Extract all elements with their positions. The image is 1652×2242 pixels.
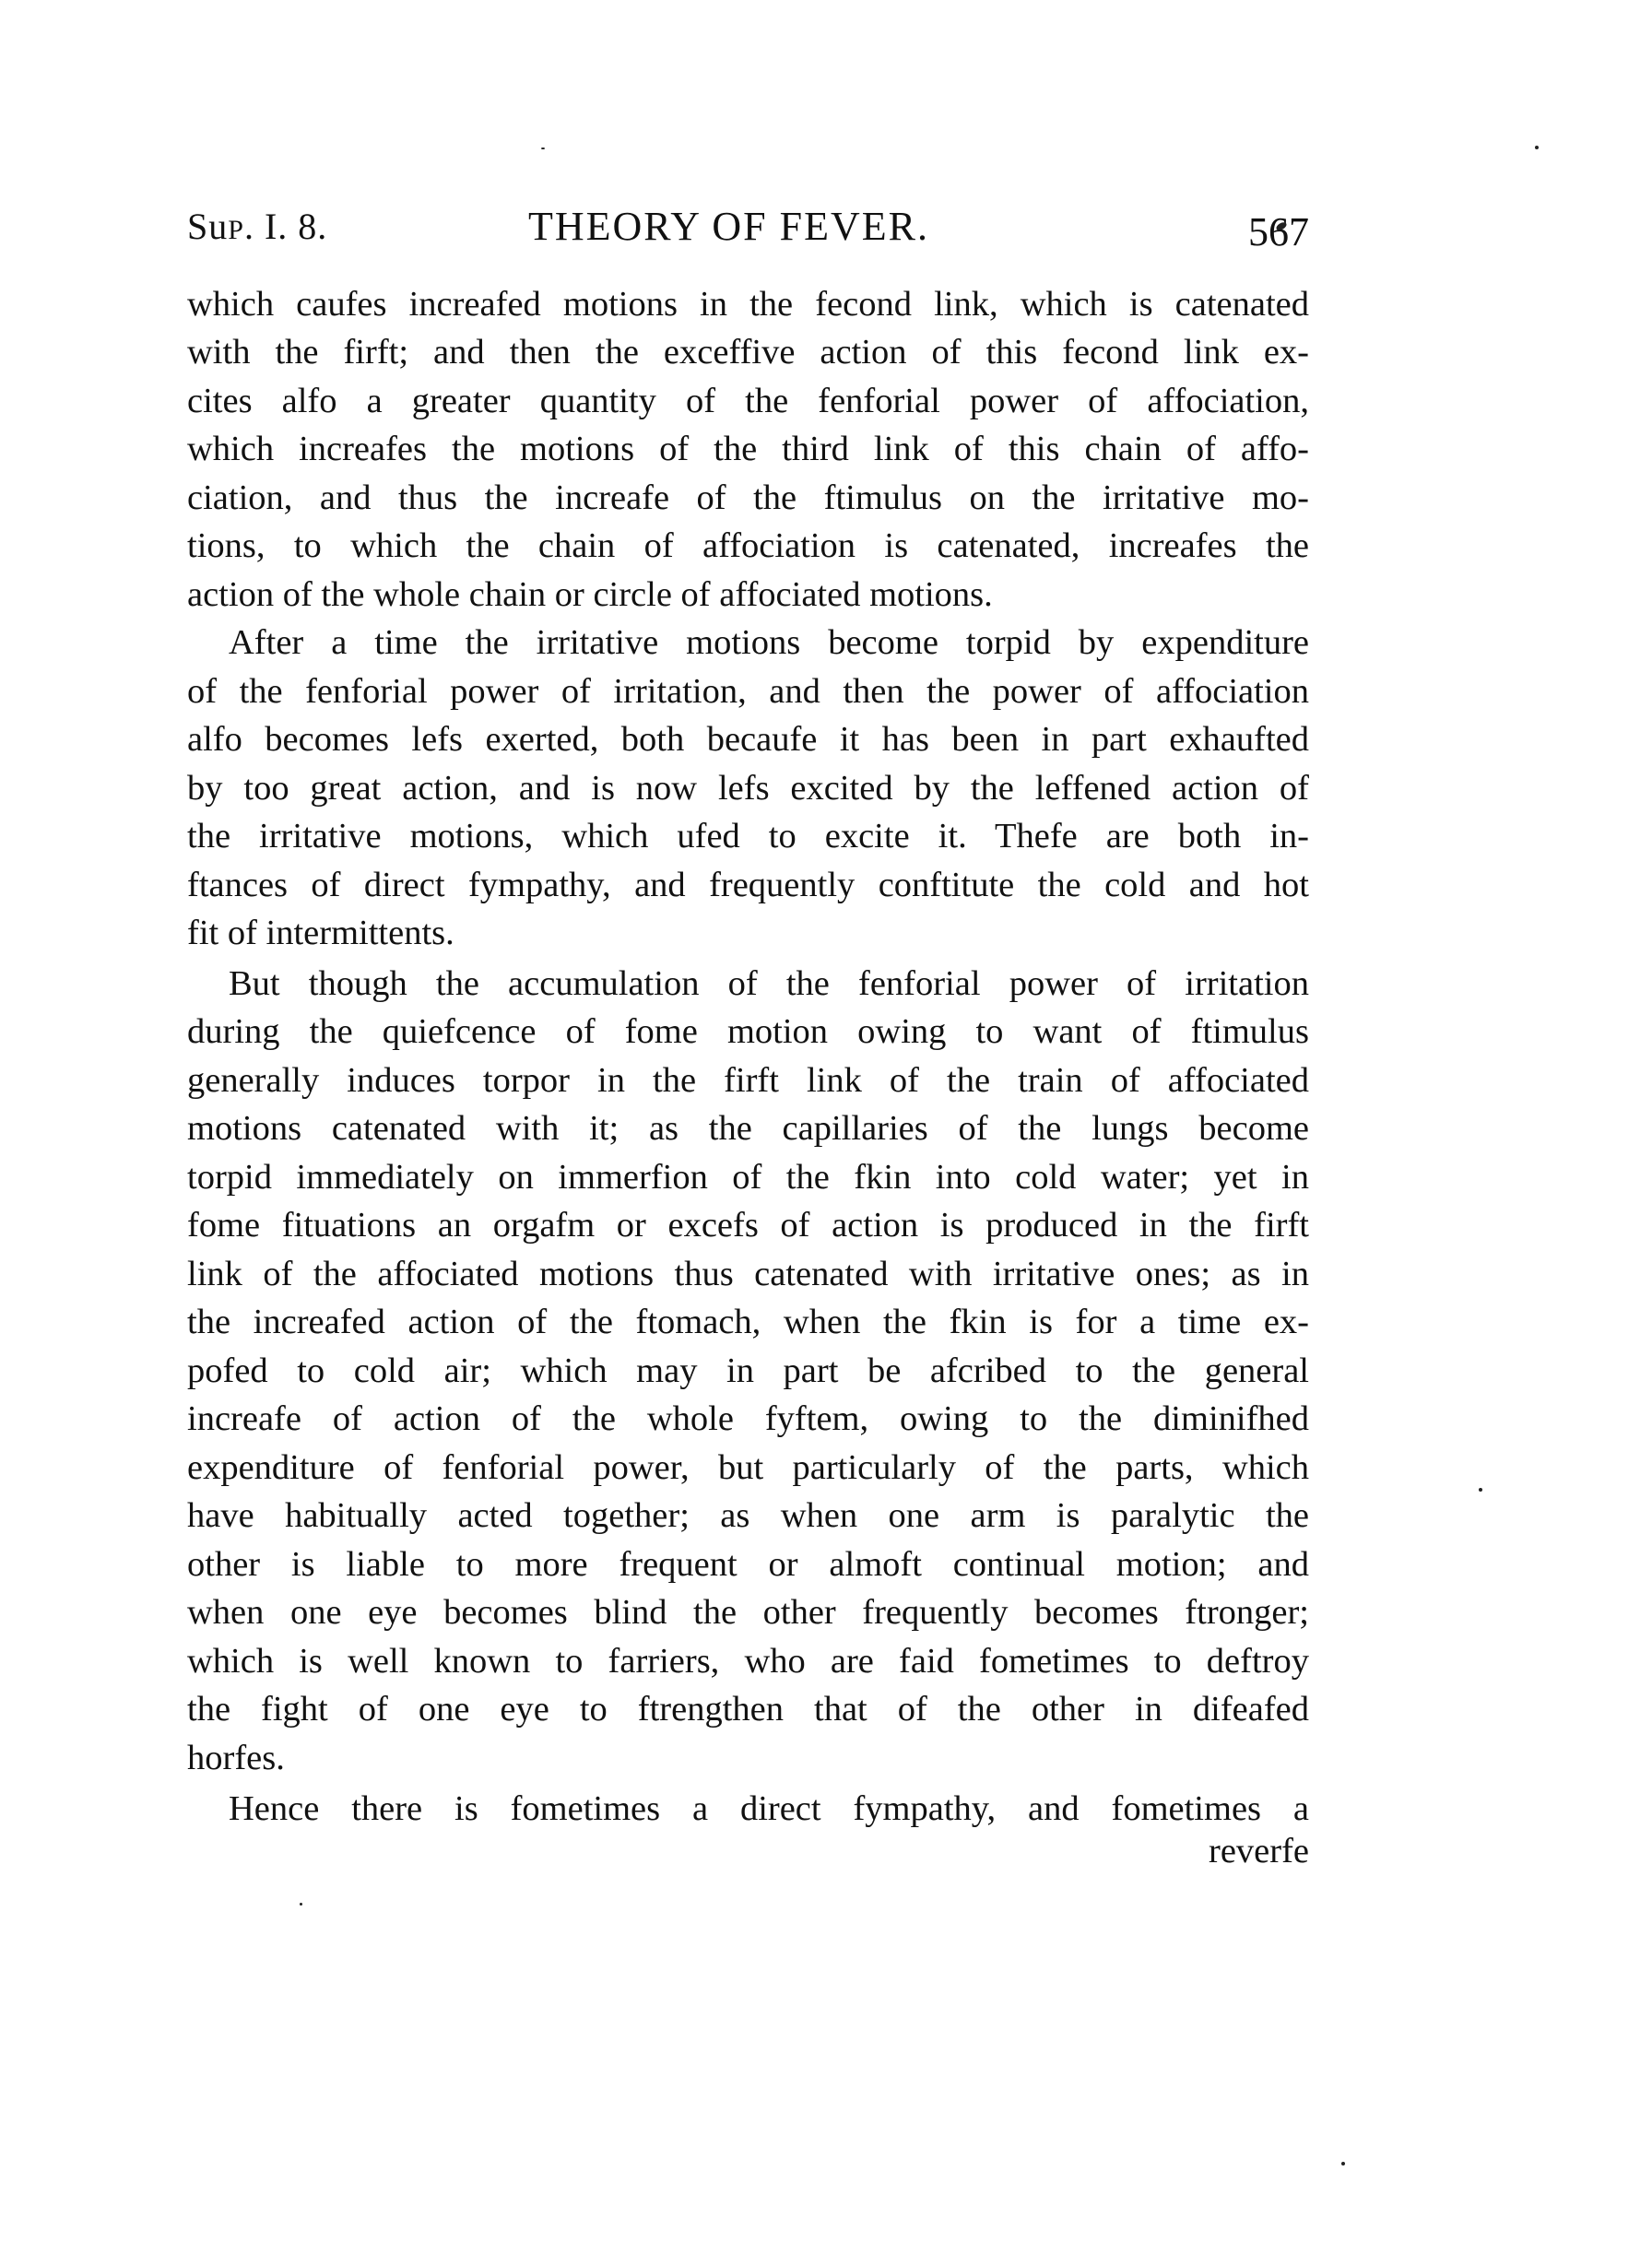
text-line: with the firft; and then the exceffive a… <box>187 328 1309 376</box>
running-head: SuP. I. 8. THEORY OF FEVER. 567 <box>187 205 1309 260</box>
page-number: 567 <box>1248 208 1309 255</box>
text-line: Hence there is fometimes a direct fympat… <box>229 1785 1309 1833</box>
text-line: pofed to cold air; which may in part be … <box>187 1347 1309 1395</box>
text-line: action of the whole chain or circle of a… <box>187 571 1309 619</box>
text-line: After a time the irritative motions beco… <box>229 619 1309 667</box>
text-line: of the fenforial power of irritation, an… <box>187 667 1309 715</box>
text-line: motions catenated with it; as the capill… <box>187 1104 1309 1152</box>
section-reference: SuP. I. 8. <box>187 205 327 248</box>
text-line: which caufes increafed motions in the fe… <box>187 280 1309 328</box>
text-line: expenditure of fenforial power, but part… <box>187 1444 1309 1492</box>
text-line: by too great action, and is now lefs exc… <box>187 764 1309 812</box>
text-line: But though the accumulation of the fenfo… <box>229 960 1309 1008</box>
text-line: tions, to which the chain of affociation… <box>187 522 1309 570</box>
catchword: reverfe <box>1209 1827 1309 1875</box>
text-line: horfes. <box>187 1734 1309 1782</box>
book-page: SuP. I. 8. THEORY OF FEVER. 567 which ca… <box>0 0 1652 2242</box>
text-line: cites alfo a greater quantity of the fen… <box>187 377 1309 425</box>
text-line: fit of intermittents. <box>187 909 1309 957</box>
text-line: the irritative motions, which ufed to ex… <box>187 812 1309 860</box>
text-line: fome fituations an orgafm or excefs of a… <box>187 1201 1309 1249</box>
print-speck <box>1341 2162 1345 2165</box>
text-line: the fight of one eye to ftrengthen that … <box>187 1685 1309 1733</box>
print-speck <box>1479 1488 1482 1492</box>
print-speck <box>1535 146 1539 149</box>
text-line: have habitually acted together; as when … <box>187 1492 1309 1540</box>
text-line: the increafed action of the ftomach, whe… <box>187 1298 1309 1346</box>
text-line: during the quiefcence of fome motion owi… <box>187 1008 1309 1056</box>
text-line: when one eye becomes blind the other fre… <box>187 1588 1309 1636</box>
text-line: other is liable to more frequent or almo… <box>187 1540 1309 1588</box>
print-speck <box>541 147 545 149</box>
text-line: increafe of action of the whole fyftem, … <box>187 1395 1309 1443</box>
text-line: which is well known to farriers, who are… <box>187 1637 1309 1685</box>
text-line: ciation, and thus the increafe of the ft… <box>187 474 1309 522</box>
text-line: torpid immediately on immerfion of the f… <box>187 1153 1309 1201</box>
text-line: generally induces torpor in the firft li… <box>187 1056 1309 1104</box>
text-line: which increafes the motions of the third… <box>187 425 1309 473</box>
text-line: alfo becomes lefs exerted, both becaufe … <box>187 715 1309 763</box>
text-line: link of the affociated motions thus cate… <box>187 1250 1309 1298</box>
print-speck <box>300 1903 302 1906</box>
chapter-title: THEORY OF FEVER. <box>528 203 929 250</box>
text-line: ftances of direct fympathy, and frequent… <box>187 861 1309 909</box>
